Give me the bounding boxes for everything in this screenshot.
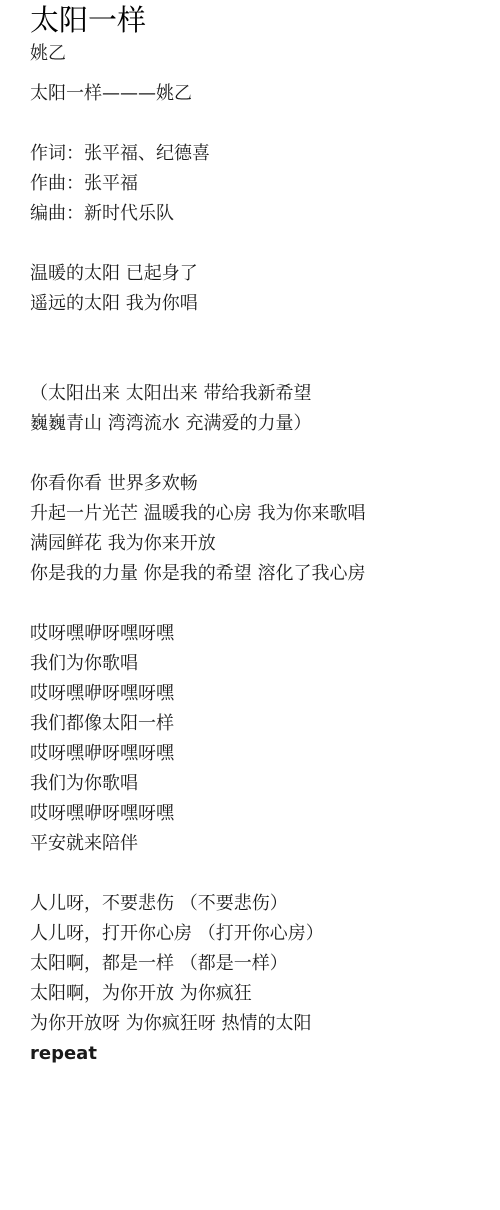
lyric-line: 哎呀嘿咿呀嘿呀嘿 — [30, 679, 365, 709]
lyric-line: 人儿呀，不要悲伤 （不要悲伤） — [30, 889, 365, 919]
lyric-line — [30, 589, 365, 619]
lyric-line: 温暖的太阳 已起身了 — [30, 259, 365, 289]
lyric-line: 遥远的太阳 我为你唱 — [30, 289, 365, 319]
lyrics-body: 太阳一样———姚乙 作词：张平福、纪德喜 作曲：张平福 编曲：新时代乐队 温暖的… — [30, 79, 365, 1069]
lyric-line — [30, 859, 365, 889]
lyric-line: 我们为你歌唱 — [30, 649, 365, 679]
lyric-line — [30, 439, 365, 469]
lyric-line: 你看你看 世界多欢畅 — [30, 469, 365, 499]
lyric-line: 哎呀嘿咿呀嘿呀嘿 — [30, 619, 365, 649]
lyric-line: 为你开放呀 为你疯狂呀 热情的太阳 — [30, 1009, 365, 1039]
repeat-marker: repeat — [30, 1039, 365, 1069]
lyric-line — [30, 229, 365, 259]
lyric-line — [30, 109, 365, 139]
lyric-line: 作曲：张平福 — [30, 169, 365, 199]
lyric-line — [30, 349, 365, 379]
lyric-line: 编曲：新时代乐队 — [30, 199, 365, 229]
artist-name: 姚乙 — [30, 41, 66, 67]
lyric-line — [30, 319, 365, 349]
lyric-line: 哎呀嘿咿呀嘿呀嘿 — [30, 799, 365, 829]
lyric-line: 满园鲜花 我为你来开放 — [30, 529, 365, 559]
lyric-line: 作词：张平福、纪德喜 — [30, 139, 365, 169]
lyric-line: 太阳啊，为你开放 为你疯狂 — [30, 979, 365, 1009]
lyric-line: 哎呀嘿咿呀嘿呀嘿 — [30, 739, 365, 769]
lyric-line: 我们都像太阳一样 — [30, 709, 365, 739]
lyric-line: 太阳一样———姚乙 — [30, 79, 365, 109]
lyric-line: 升起一片光芒 温暖我的心房 我为你来歌唱 — [30, 499, 365, 529]
lyric-line: 我们为你歌唱 — [30, 769, 365, 799]
lyric-line: 平安就来陪伴 — [30, 829, 365, 859]
lyric-line: 人儿呀，打开你心房 （打开你心房） — [30, 919, 365, 949]
song-title: 太阳一样 — [30, 2, 146, 38]
lyric-line: 巍巍青山 湾湾流水 充满爱的力量） — [30, 409, 365, 439]
lyric-line: 你是我的力量 你是我的希望 溶化了我心房 — [30, 559, 365, 589]
lyric-line: 太阳啊，都是一样 （都是一样） — [30, 949, 365, 979]
lyric-line: （太阳出来 太阳出来 带给我新希望 — [30, 379, 365, 409]
